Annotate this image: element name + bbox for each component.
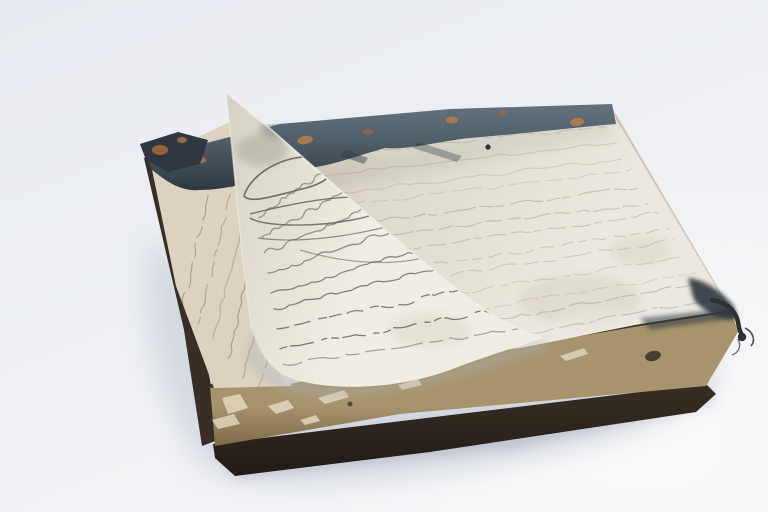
- block-speck: [348, 402, 353, 407]
- ink-speck: [485, 144, 490, 149]
- rust-patch: [363, 129, 373, 135]
- rust-patch: [152, 145, 168, 155]
- flap-smudge: [236, 134, 288, 166]
- photograph-old-book: [0, 0, 768, 512]
- photo-stage: [0, 0, 768, 512]
- rust-patch: [499, 111, 508, 116]
- rust-patch: [177, 137, 187, 143]
- rust-patch: [446, 117, 458, 124]
